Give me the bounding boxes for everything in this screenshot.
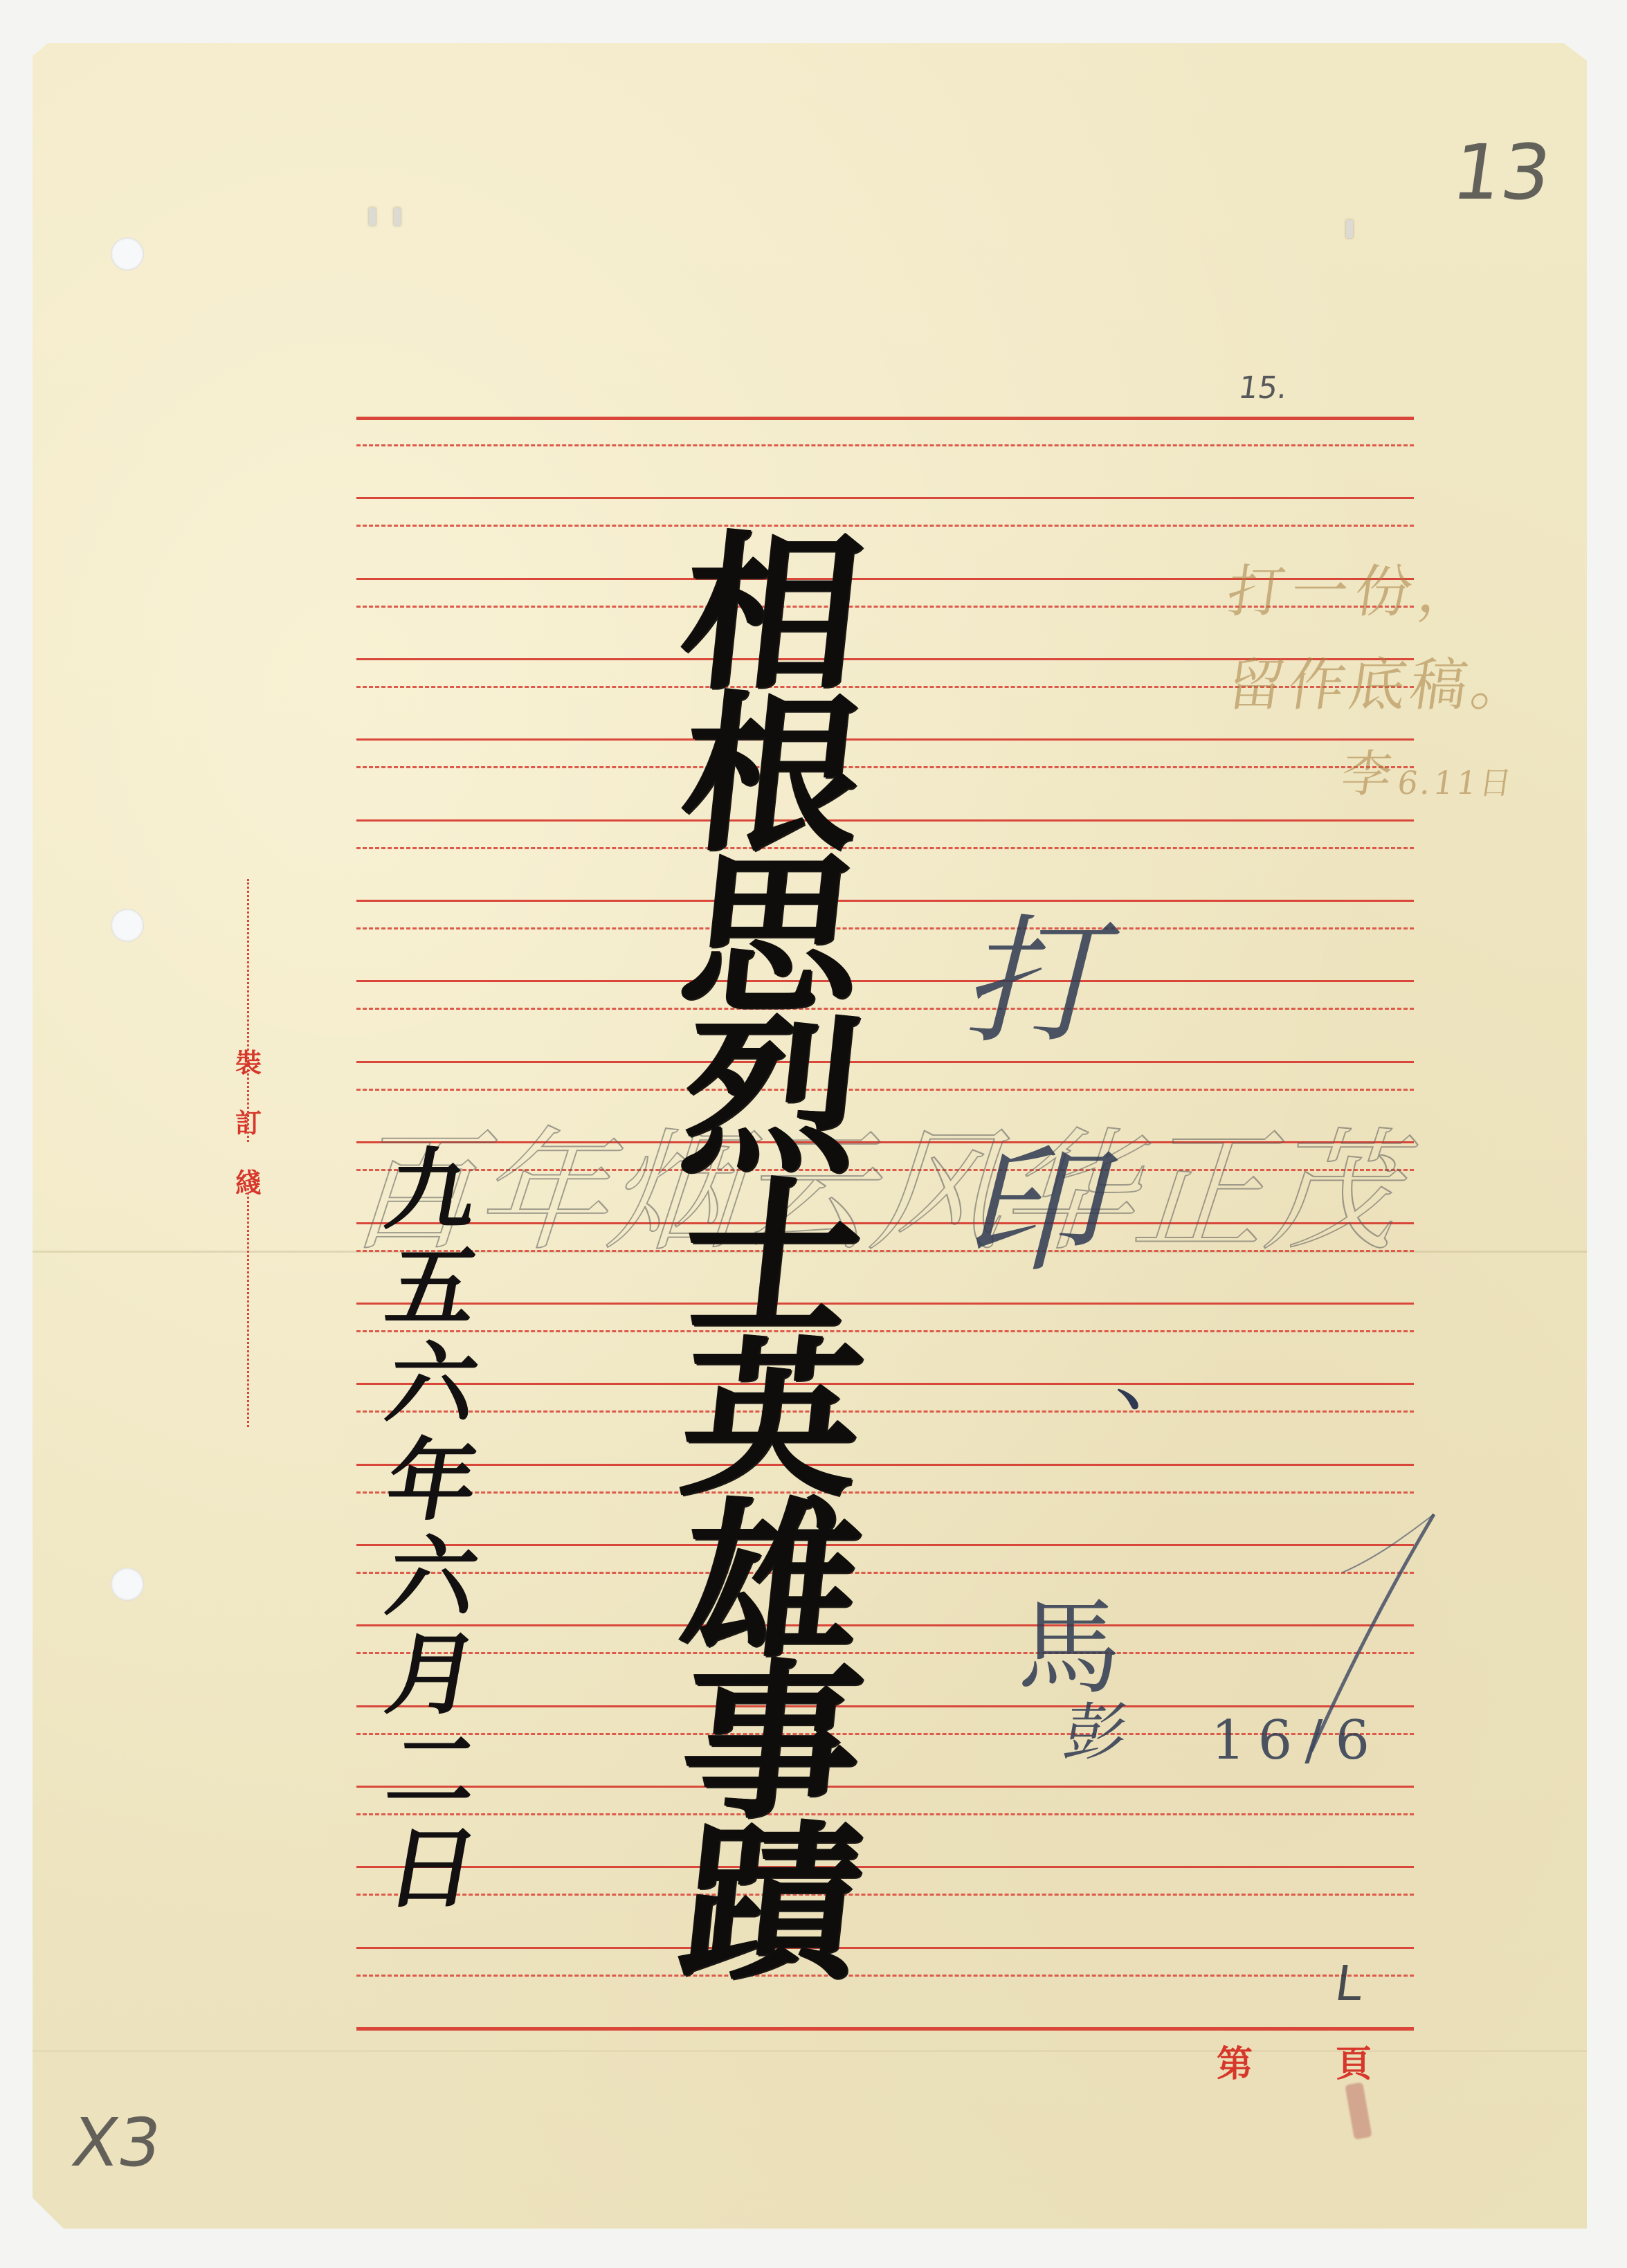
punch-hole-bottom: [111, 1568, 144, 1601]
pen-instruction-annotation: 打 印: [934, 858, 1156, 1315]
binding-line-dotted-bottom: [247, 1185, 249, 1427]
punch-hole-middle: [111, 909, 144, 942]
rule-line-solid: [356, 497, 1414, 499]
pen-slash-stroke: [1176, 1509, 1439, 1758]
binding-label-char: 裝: [233, 1042, 264, 1080]
binding-label-char: 訂: [233, 1102, 264, 1140]
rule-line-dashed: [356, 525, 1414, 527]
document-title: 相 根 思 烈 士 英 雄 事 蹟: [657, 533, 886, 1984]
staple-mark: [369, 208, 376, 226]
brown-note-initial: 李: [1338, 734, 1398, 806]
date-char: 月: [380, 1626, 486, 1723]
title-char: 雄: [674, 1500, 869, 1662]
pencil-mark-bottom-left: X3: [67, 2104, 166, 2181]
pencil-mark-top: 15.: [1236, 370, 1289, 406]
title-char: 烈: [674, 1017, 869, 1178]
staple-mark: [1346, 220, 1353, 238]
title-char: 根: [674, 694, 869, 855]
staple-mark: [394, 208, 401, 226]
rule-line-solid: [356, 417, 1414, 420]
rule-line-solid: [356, 2027, 1414, 2031]
brown-note-line: 留作底稿。: [1223, 640, 1538, 721]
date-char: 日: [380, 1820, 486, 1917]
pen-instruction-char: 印: [947, 1087, 1143, 1315]
title-char: 相: [674, 533, 869, 694]
date-char: 六: [380, 1336, 486, 1433]
pen-instruction-mark: 、: [1114, 1308, 1197, 1427]
page-label-prefix: 第: [1217, 2035, 1253, 2087]
date-char: 九: [380, 1142, 486, 1239]
brown-note-line: 打一份，: [1223, 547, 1489, 628]
page-label-suffix: 頁: [1336, 2035, 1372, 2087]
date-char: 年: [380, 1433, 486, 1530]
document-date: 九 五 六 年 六 月 二 日: [374, 1142, 491, 1917]
pencil-page-number: 13: [1447, 128, 1556, 217]
title-char: 英: [674, 1339, 869, 1500]
brown-note-date: 6.11日: [1394, 758, 1518, 804]
pen-instruction-char: 打: [947, 858, 1143, 1087]
title-char: 事: [674, 1662, 869, 1823]
date-char: 六: [380, 1530, 486, 1626]
title-char: 思: [674, 855, 869, 1017]
date-char: 五: [380, 1239, 486, 1336]
date-char: 二: [380, 1723, 486, 1820]
punch-hole-top: [111, 237, 144, 271]
title-char: 士: [674, 1178, 869, 1339]
title-char: 蹟: [674, 1823, 869, 1984]
rule-line-dashed: [356, 444, 1414, 446]
